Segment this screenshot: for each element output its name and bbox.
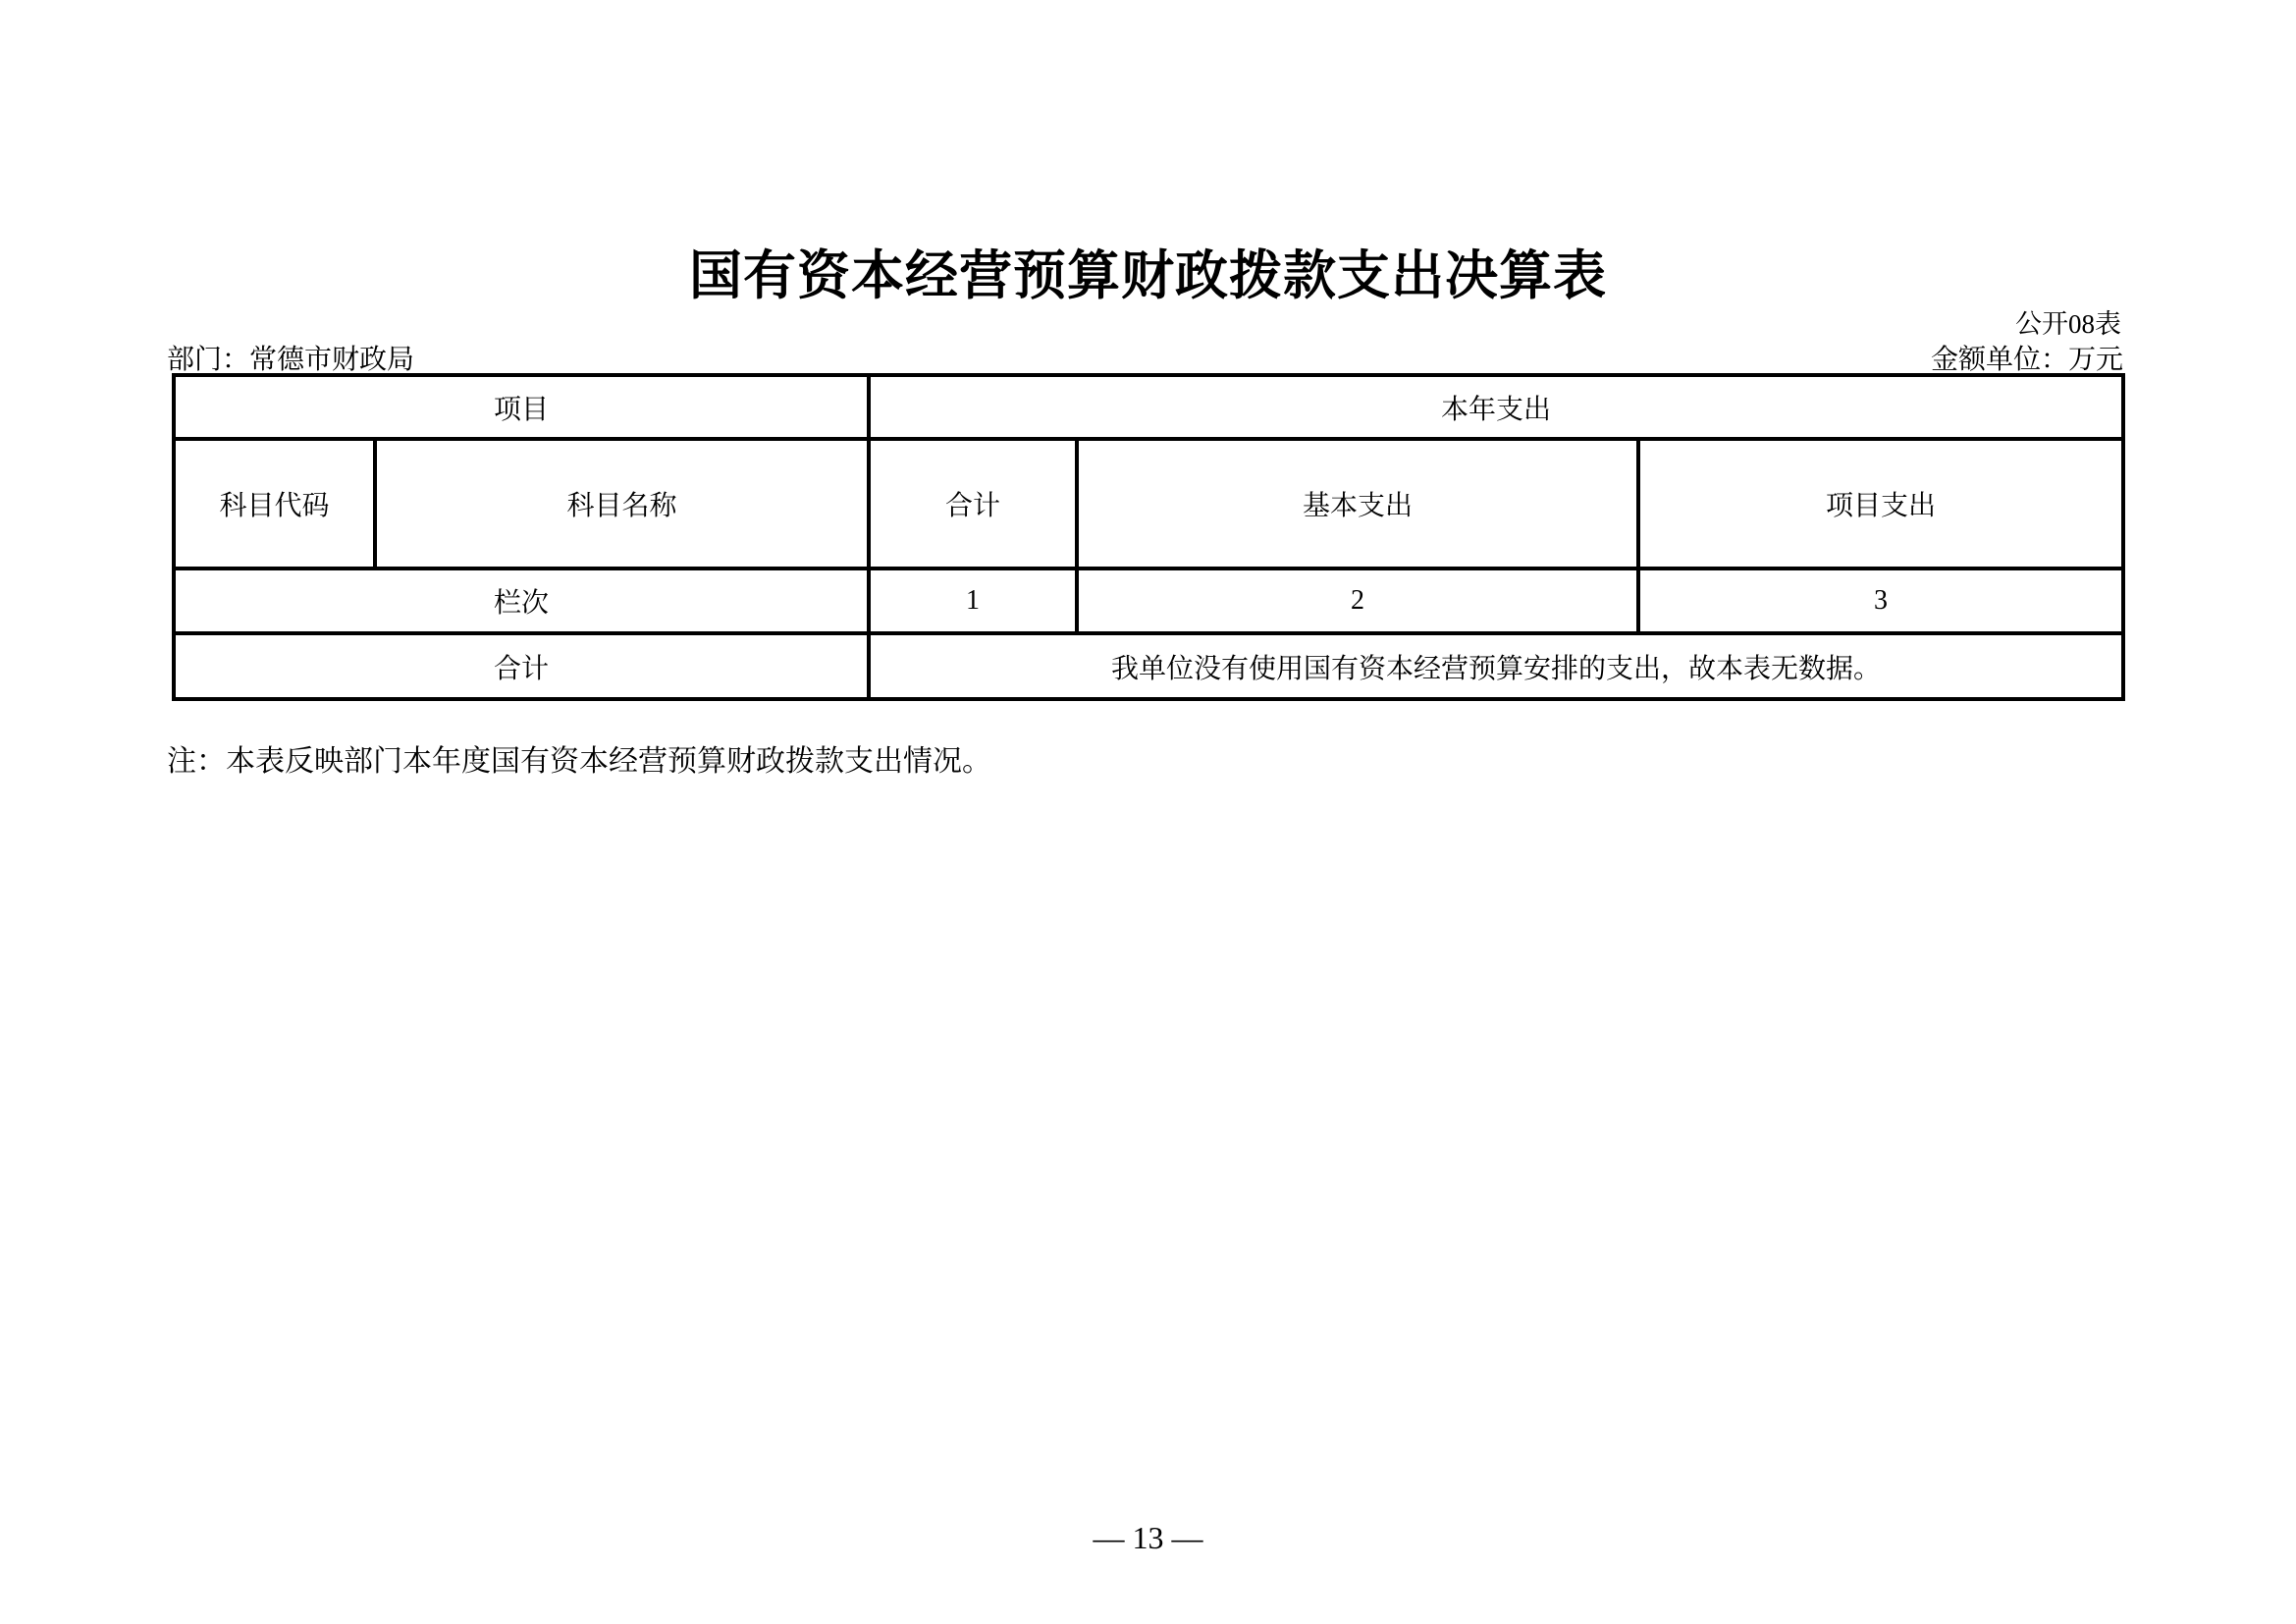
table-row-total: 合计 我单位没有使用国有资本经营预算安排的支出，故本表无数据。 [174, 633, 2123, 699]
table-row-column-index: 栏次 1 2 3 [174, 568, 2123, 633]
header-cell-project-expenditure: 项目支出 [1638, 439, 2123, 568]
page-title: 国有资本经营预算财政拨款支出决算表 [0, 234, 2296, 309]
header-cell-current-year-group: 本年支出 [869, 375, 2123, 439]
index-cell-1: 1 [869, 568, 1077, 633]
index-cell-3: 3 [1638, 568, 2123, 633]
header-cell-basic-expenditure: 基本支出 [1077, 439, 1638, 568]
page-number: — 13 — [0, 1520, 2296, 1556]
meta-row: 部门：常德市财政局 金额单位：万元 [167, 338, 2123, 377]
index-cell-label: 栏次 [174, 568, 869, 633]
header-cell-total: 合计 [869, 439, 1077, 568]
document-page: 国有资本经营预算财政拨款支出决算表 公开08表 部门：常德市财政局 金额单位：万… [0, 0, 2296, 1624]
total-row-label: 合计 [174, 633, 869, 699]
budget-table: 项目 本年支出 科目代码 科目名称 合计 基本支出 项目支出 栏次 1 2 3 … [172, 373, 2125, 701]
header-cell-subject-name: 科目名称 [375, 439, 869, 568]
table-code-label: 公开08表 [2015, 302, 2121, 341]
total-row-value: 我单位没有使用国有资本经营预算安排的支出，故本表无数据。 [869, 633, 2123, 699]
unit-label: 金额单位：万元 [1931, 338, 2123, 377]
index-cell-2: 2 [1077, 568, 1638, 633]
header-cell-subject-code: 科目代码 [174, 439, 375, 568]
table-row-group-header: 项目 本年支出 [174, 375, 2123, 439]
footnote: 注：本表反映部门本年度国有资本经营预算财政拨款支出情况。 [167, 736, 991, 780]
header-cell-project-group: 项目 [174, 375, 869, 439]
table-row-column-header: 科目代码 科目名称 合计 基本支出 项目支出 [174, 439, 2123, 568]
department-label: 部门：常德市财政局 [167, 338, 414, 377]
